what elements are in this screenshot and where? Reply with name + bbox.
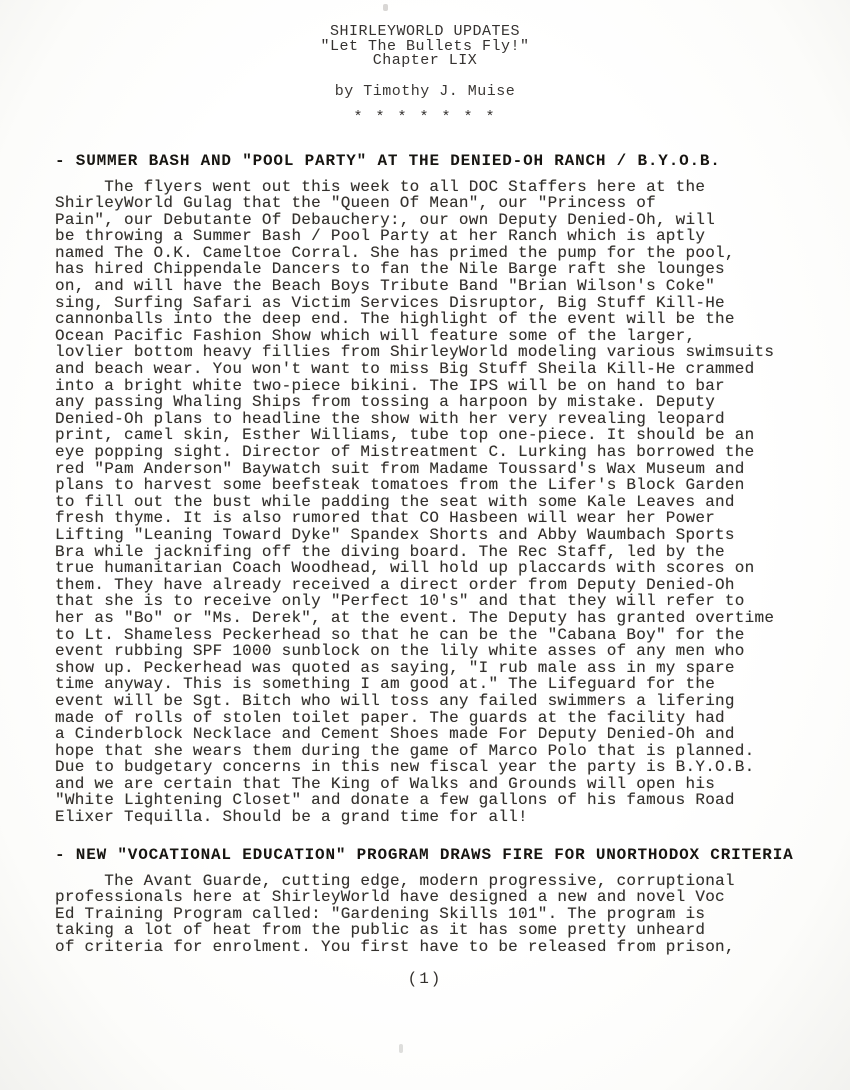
document-byline: by Timothy J. Muise bbox=[0, 83, 850, 100]
section-paragraph: The flyers went out this week to all DOC… bbox=[55, 179, 795, 826]
section-heading: - SUMMER BASH AND "POOL PARTY" AT THE DE… bbox=[55, 153, 795, 170]
scan-artifact bbox=[383, 4, 388, 11]
document-page: SHIRLEYWORLD UPDATES "Let The Bullets Fl… bbox=[0, 0, 850, 1090]
section-paragraph: The Avant Guarde, cutting edge, modern p… bbox=[55, 873, 795, 956]
section-summer-bash: - SUMMER BASH AND "POOL PARTY" AT THE DE… bbox=[55, 153, 795, 826]
document-header: SHIRLEYWORLD UPDATES "Let The Bullets Fl… bbox=[0, 0, 850, 69]
page-number: (1) bbox=[0, 970, 850, 988]
section-heading: - NEW "VOCATIONAL EDUCATION" PROGRAM DRA… bbox=[55, 847, 795, 864]
document-body: - SUMMER BASH AND "POOL PARTY" AT THE DE… bbox=[0, 153, 850, 956]
section-vocational-education: - NEW "VOCATIONAL EDUCATION" PROGRAM DRA… bbox=[55, 847, 795, 956]
asterisk-divider: * * * * * * * bbox=[0, 109, 850, 126]
document-chapter: Chapter LIX bbox=[0, 54, 850, 69]
scan-artifact bbox=[399, 1044, 403, 1053]
